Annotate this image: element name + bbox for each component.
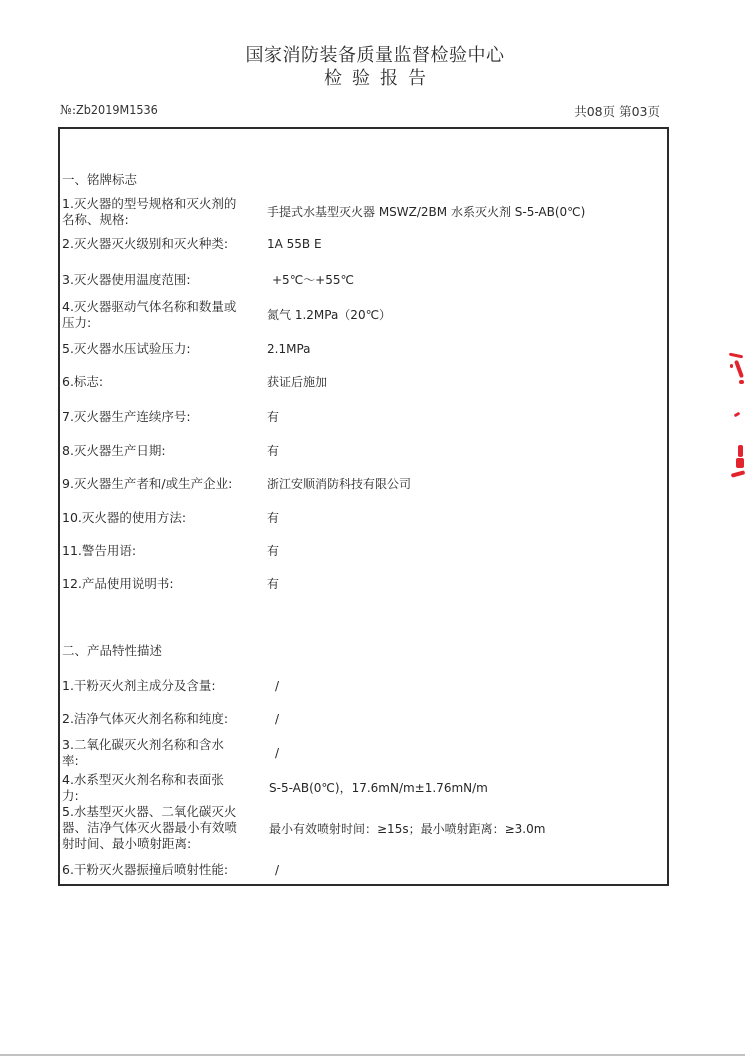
red-seal-stamp xyxy=(725,350,747,490)
item-value: 浙江安顺消防科技有限公司 xyxy=(267,476,411,492)
item-label: 4.灭火器驱动气体名称和数量或 压力: xyxy=(62,299,262,331)
item-value: 有 xyxy=(267,576,279,592)
item-value: 有 xyxy=(267,409,279,425)
page-info: 共08页 第03页 xyxy=(574,102,660,120)
item-label: 1.干粉灭火剂主成分及含量: xyxy=(62,678,262,694)
item-value: +5℃～+55℃ xyxy=(272,272,354,288)
document-number-value: Zb2019M1536 xyxy=(76,102,158,117)
item-value: 氮气 1.2MPa（20℃） xyxy=(267,307,391,323)
report-table-frame: 一、铭牌标志 1.灭火器的型号规格和灭火剂的 名称、规格: 手提式水基型灭火器 … xyxy=(58,127,669,886)
item-value: 手提式水基型灭火器 MSWZ/2BM 水系灭火剂 S-5-AB(0℃) xyxy=(267,204,585,220)
item-label: 5.水基型灭火器、二氧化碳灭火 器、洁净气体灭火器最小有效喷 射时间、最小喷射距… xyxy=(62,804,262,852)
item-value: 有 xyxy=(267,443,279,459)
section-title-product-characteristics: 二、产品特性描述 xyxy=(62,643,162,659)
item-value: 有 xyxy=(267,510,279,526)
item-label: 11.警告用语: xyxy=(62,543,262,559)
item-value: S-5-AB(0℃)，17.6mN/m±1.76mN/m xyxy=(269,780,488,796)
item-label: 3.灭火器使用温度范围: xyxy=(62,272,262,288)
item-label: 3.二氧化碳灭火剂名称和含水 率: xyxy=(62,737,262,769)
item-value: / xyxy=(275,745,279,761)
item-label: 9.灭火器生产者和/或生产企业: xyxy=(62,476,272,492)
item-label: 2.灭火器灭火级别和灭火种类: xyxy=(62,236,262,252)
page-bottom-edge xyxy=(0,1054,745,1056)
item-label: 4.水系型灭火剂名称和表面张 力: xyxy=(62,772,262,804)
item-label: 8.灭火器生产日期: xyxy=(62,443,262,459)
item-label: 6.干粉灭火器振撞后喷射性能: xyxy=(62,862,262,878)
item-value: 获证后施加 xyxy=(267,374,327,390)
item-value: / xyxy=(275,862,279,878)
item-label: 10.灭火器的使用方法: xyxy=(62,510,262,526)
item-label: 1.灭火器的型号规格和灭火剂的 名称、规格: xyxy=(62,196,262,228)
item-value: / xyxy=(275,678,279,694)
item-label: 5.灭火器水压试验压力: xyxy=(62,341,262,357)
item-value: / xyxy=(275,711,279,727)
item-value: 1A 55B E xyxy=(267,236,322,252)
item-value: 最小有效喷射时间：≥15s；最小喷射距离：≥3.0m xyxy=(269,821,545,837)
number-prefix: №: xyxy=(60,102,76,117)
section-title-nameplate: 一、铭牌标志 xyxy=(62,172,137,188)
item-label: 6.标志: xyxy=(62,374,262,390)
item-value: 2.1MPa xyxy=(267,341,311,357)
document-number: №:Zb2019M1536 xyxy=(60,102,158,117)
item-value: 有 xyxy=(267,543,279,559)
report-title: 检验报告 xyxy=(0,64,750,90)
item-label: 12.产品使用说明书: xyxy=(62,576,262,592)
item-label: 7.灭火器生产连续序号: xyxy=(62,409,262,425)
item-label: 2.洁净气体灭火剂名称和纯度: xyxy=(62,711,262,727)
